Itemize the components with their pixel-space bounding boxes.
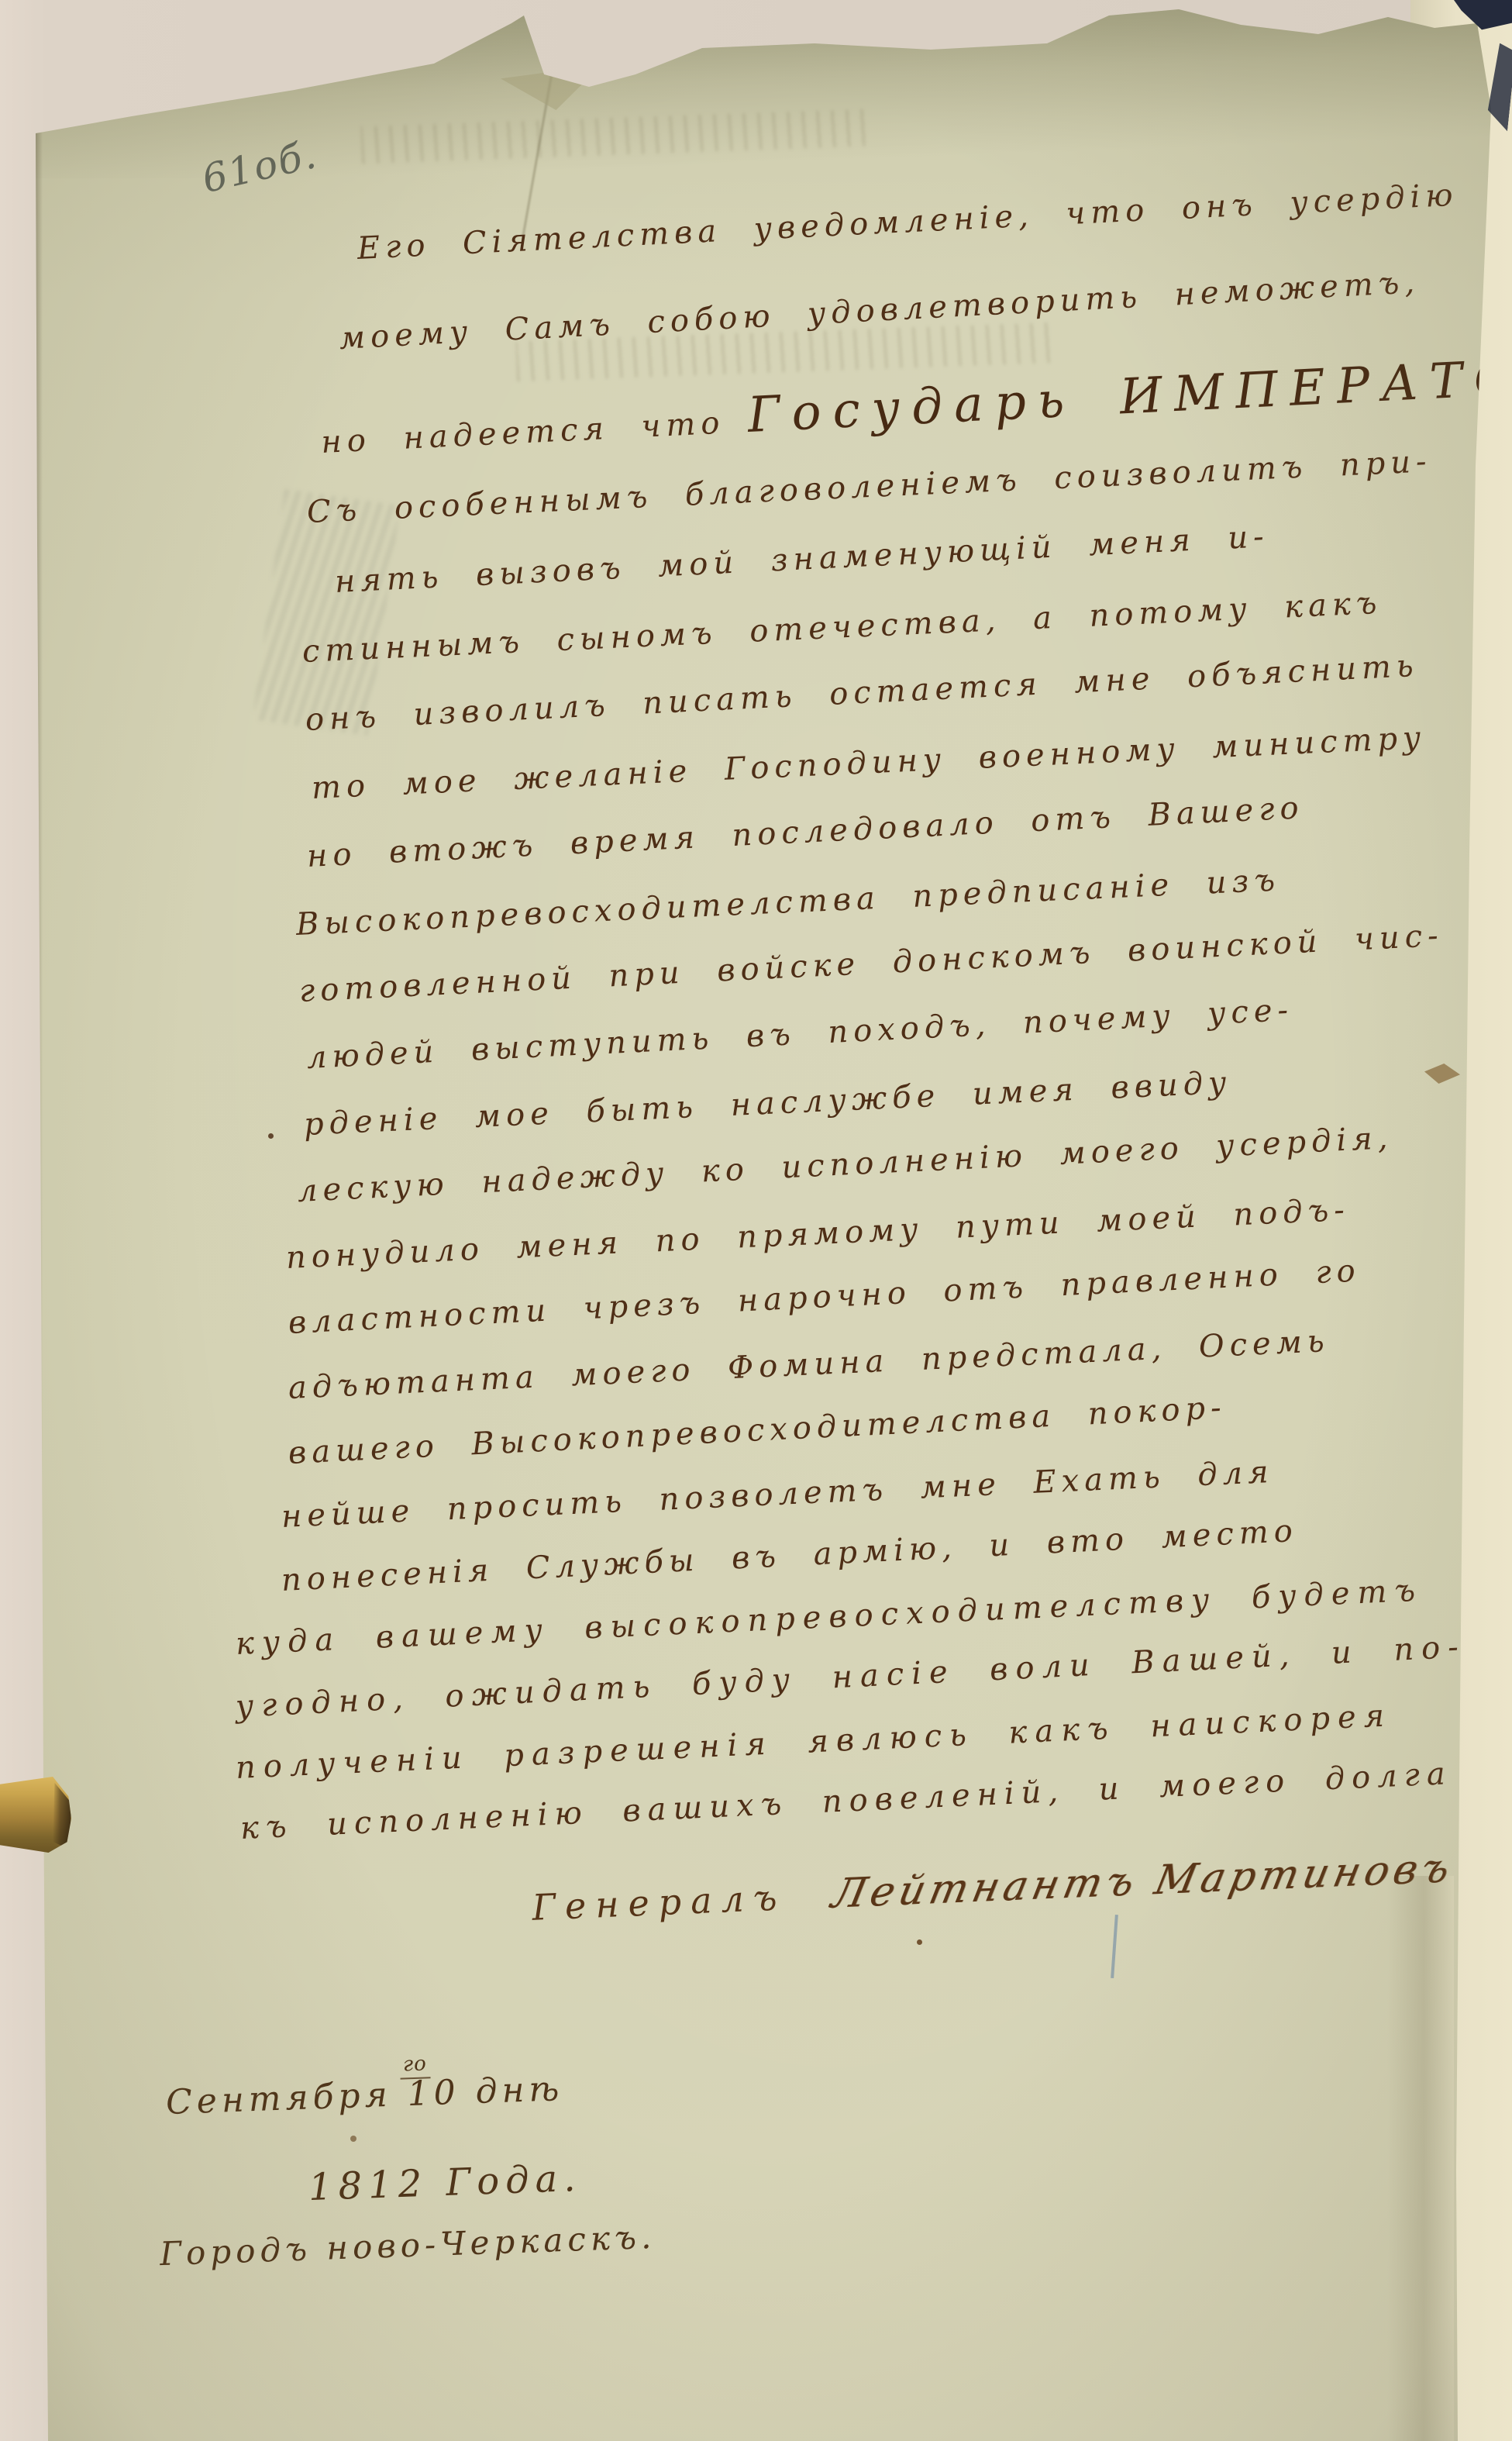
place-line: Городъ ново-Черкаскъ. <box>159 2218 656 2273</box>
blue-ink-mark <box>1111 1915 1118 1978</box>
ink-speck <box>917 1939 922 1945</box>
signature-line: ГенералъЛейтнантъ Мартиновъ <box>531 1845 1454 1930</box>
page-holder-stick <box>0 1777 71 1853</box>
line-text: но надеется что <box>320 405 725 460</box>
manuscript-line: людей выступить въ походъ, почему усе- <box>306 992 1294 1076</box>
year-line: 1812 Года. <box>308 2157 582 2209</box>
manuscript-line: но втожъ время последовало отъ Вашего <box>306 790 1305 874</box>
manuscript-line: Высокопревосходителства предписаніе изъ <box>295 862 1281 943</box>
margin-ink-dot <box>268 1133 274 1139</box>
manuscript-page: 61об. Его Сіятелства уведомленіе, что он… <box>36 0 1491 2441</box>
signature-rank: Генералъ <box>531 1876 787 1929</box>
manuscript-line: рденіе мое быть наслужбе имея ввиду <box>303 1065 1232 1143</box>
date-line: Сентября 10 днѣ <box>165 2069 564 2122</box>
left-edge-seam <box>36 124 43 2441</box>
signature-name-flourish: Лейтнантъ Мартиновъ <box>828 1845 1459 1918</box>
manuscript-line: Его Сіятелства уведомленіе, что онъ усер… <box>356 178 1459 267</box>
ink-speck <box>350 2136 356 2142</box>
photo-stage: 61об. Его Сіятелства уведомленіе, что он… <box>0 0 1512 2441</box>
right-fold-shadow <box>1387 1876 1454 2441</box>
manuscript-line: нять вызовъ мой знаменующій меня и- <box>334 519 1270 600</box>
manuscript-line: вашего Высокопревосходителства покор- <box>288 1390 1228 1471</box>
